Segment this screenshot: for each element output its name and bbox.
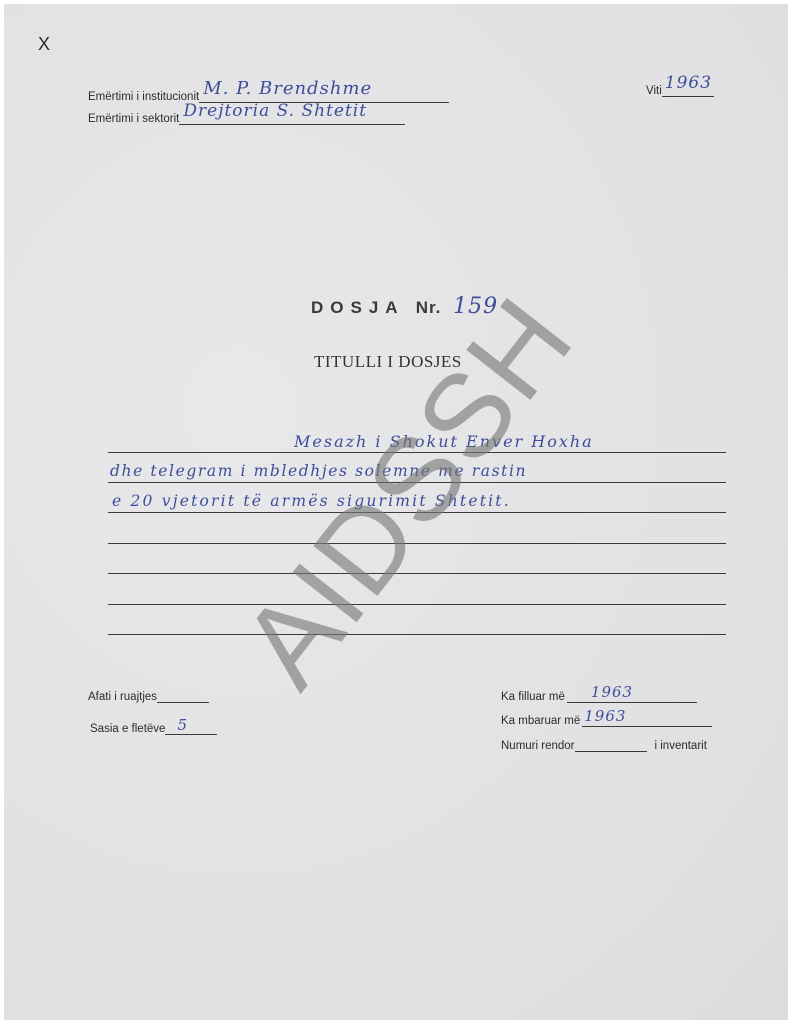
- sector-line: Drejtoria S. Shtetit: [179, 110, 405, 125]
- corner-x-mark: X: [38, 34, 50, 55]
- started-field: Ka filluar më 1963: [501, 690, 697, 703]
- title-rule-2: [108, 482, 726, 483]
- sector-label: Emërtimi i sektorit: [88, 113, 179, 125]
- dossier-heading: DOSJA Nr. 159: [311, 294, 498, 319]
- retention-line: [157, 690, 209, 703]
- year-label: Viti: [646, 85, 662, 97]
- title-line-2: dhe telegram i mbledhjes solemne me rast…: [110, 462, 527, 480]
- ended-line: 1963: [582, 714, 712, 727]
- inventory-label: i inventarit: [655, 740, 707, 752]
- dossier-nr-label: Nr.: [416, 298, 442, 317]
- title-line-1: Mesazh i Shokut Enver Hoxha: [294, 432, 594, 451]
- dossier-label: DOSJA: [311, 298, 404, 317]
- title-line-3: e 20 vjetorit të armës sigurimit Shtetit…: [112, 492, 511, 510]
- sheets-field: Sasia e fletëve 5: [90, 722, 217, 735]
- order-label: Numuri rendor: [501, 740, 575, 752]
- year-line: 1963: [662, 82, 714, 97]
- file-title-heading: TITULLI I DOSJES: [314, 352, 462, 372]
- sheets-value: 5: [177, 716, 188, 734]
- started-line: 1963: [567, 690, 697, 703]
- title-rule-1: [108, 452, 726, 453]
- year-value: 1963: [665, 73, 712, 93]
- order-line: [575, 739, 647, 752]
- dossier-number: 159: [453, 294, 498, 319]
- sheets-label: Sasia e fletëve: [90, 723, 165, 735]
- ended-value: 1963: [584, 707, 626, 725]
- order-number-field: Numuri rendor i inventarit: [501, 739, 707, 752]
- document-page: X Emërtimi i institucionit M. P. Brendsh…: [4, 4, 788, 1020]
- sheets-line: 5: [165, 722, 217, 735]
- ended-field: Ka mbaruar më 1963: [501, 714, 712, 727]
- sector-field: Emërtimi i sektorit Drejtoria S. Shtetit: [88, 110, 405, 125]
- title-rule-3: [108, 512, 726, 513]
- year-field: Viti 1963: [646, 82, 714, 97]
- title-rule-5: [108, 573, 726, 574]
- title-rule-7: [108, 634, 726, 635]
- retention-label: Afati i ruajtjes: [88, 691, 157, 703]
- institution-value: M. P. Brendshme: [203, 78, 372, 99]
- sector-value: Drejtoria S. Shtetit: [183, 101, 367, 121]
- title-rule-6: [108, 604, 726, 605]
- started-label: Ka filluar më: [501, 691, 565, 703]
- retention-field: Afati i ruajtjes: [88, 690, 209, 703]
- title-rule-4: [108, 543, 726, 544]
- started-value: 1963: [591, 683, 633, 701]
- ended-label: Ka mbaruar më: [501, 715, 580, 727]
